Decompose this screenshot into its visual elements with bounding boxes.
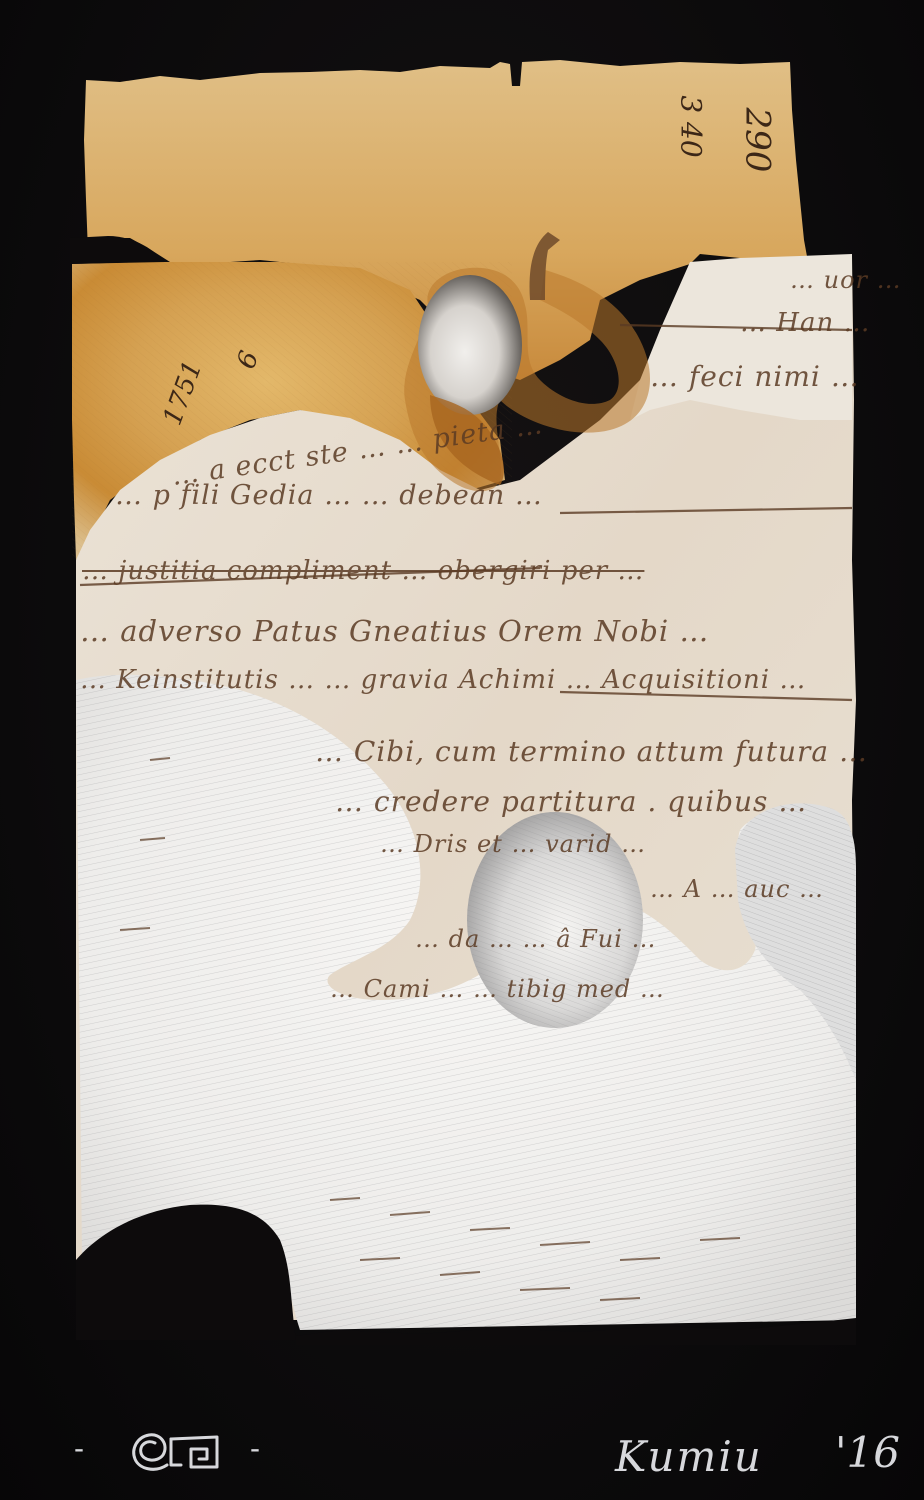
- monogram-left-dash: -: [74, 1432, 84, 1466]
- artist-signature: Kumiu: [615, 1432, 763, 1481]
- manuscript-line-6: … Cibi, cum termino attum futura …: [315, 735, 868, 768]
- monogram-right-dash: -: [250, 1432, 260, 1466]
- manuscript-line-7: … credere partitura . quibus …: [335, 785, 807, 818]
- manuscript-line-2: … p fili Gedia … … debean …: [115, 480, 543, 511]
- manuscript-line-11: … Cami … … tibig med …: [330, 975, 665, 1003]
- manuscript-line-10: … da … … â Fui …: [415, 925, 657, 953]
- top-figure-head: [418, 275, 522, 415]
- spiral-monogram-icon: [125, 1425, 245, 1475]
- manuscript-line-3: … justitia compliment … obergiri per …: [82, 556, 644, 586]
- right-fragment-line-3: … feci nimi …: [650, 360, 860, 393]
- right-fragment-line-2: … Han …: [740, 308, 870, 338]
- margin-number-290: 290: [737, 108, 777, 173]
- manuscript-line-4: … adverso Patus Gneatius Orem Nobi …: [80, 614, 709, 648]
- margin-number-340: 3 40: [675, 95, 708, 157]
- signature-year: '16: [835, 1428, 900, 1477]
- manuscript-line-8: … Dris et … varid …: [380, 830, 646, 858]
- right-fragment-line-1: … uor …: [790, 266, 902, 294]
- manuscript-line-9: … A … auc …: [650, 875, 824, 903]
- manuscript-line-5: … Keinstitutis … … gravia Achimi … Acqui…: [80, 665, 806, 695]
